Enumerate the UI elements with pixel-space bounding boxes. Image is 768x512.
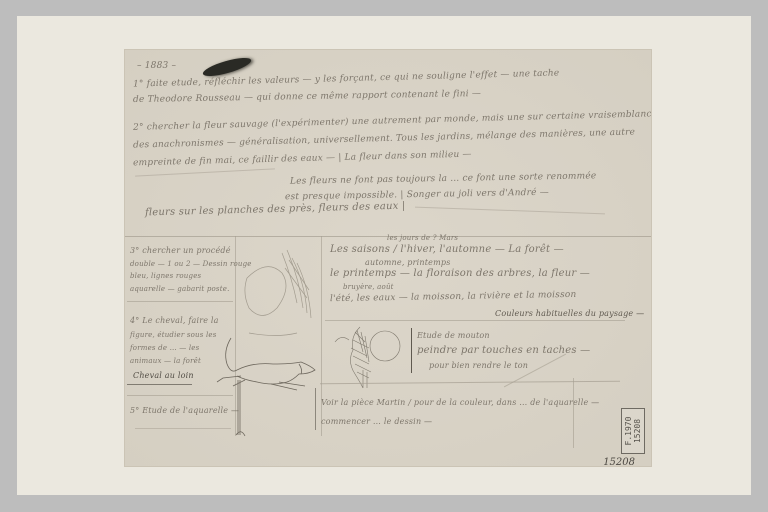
left-note-4: 4° Le cheval, faire la: [130, 316, 219, 325]
pencil-stroke: [315, 388, 316, 430]
seasons-line: automne, printemps: [365, 258, 451, 267]
cheval-caption: Cheval au loin: [133, 371, 194, 380]
seasons-line: Les saisons / l'hiver, l'automne — La fo…: [330, 244, 564, 255]
left-note-4: formes de … — les: [130, 344, 199, 352]
inventory-number: 15208: [603, 457, 635, 466]
stamp-line-1: F.1970: [624, 417, 633, 446]
date-mark: – 1883 –: [137, 61, 176, 71]
left-note-4: animaux — la forêt: [130, 357, 201, 365]
seasons-line: l'été, les eaux — la moisson, la rivière…: [330, 290, 577, 304]
bottom-note: Voir la pièce Martin / pour de la couleu…: [321, 398, 599, 407]
pencil-stroke: [411, 328, 412, 373]
stamp-line-2: 15208: [633, 417, 642, 446]
left-note-3: double — 1 ou 2 — Dessin rouge: [130, 260, 252, 268]
tree-sketch: [325, 322, 405, 392]
seasons-line: bruyère, août: [343, 283, 394, 291]
divider-line: [325, 320, 625, 321]
pencil-stroke: [135, 168, 275, 176]
note-line: empreinte de fin mai, ce faillir des eau…: [133, 150, 472, 169]
left-note-5: 5° Etude de l'aquarelle —: [130, 406, 239, 415]
colors-caption: Couleurs habituelles du paysage —: [495, 309, 644, 318]
left-note-3: bleu, lignes rouges: [130, 272, 201, 280]
pencil-stroke: [573, 378, 574, 448]
collection-stamp: F.197015208: [621, 408, 645, 454]
left-note-3: 3° chercher un procédé: [130, 246, 231, 255]
pencil-stroke: [415, 207, 605, 215]
divider-line: [135, 428, 231, 429]
sketch-note: pour bien rendre le ton: [429, 361, 528, 370]
tree-trunk-sketch: [233, 380, 253, 440]
left-note-4: figure, étudier sous les: [130, 331, 217, 339]
bottom-note: commencer … le dessin —: [321, 417, 432, 426]
left-note-3: aquarelle — gabarit poste.: [130, 285, 230, 293]
note-line: Les fleurs ne font pas toujours la … ce …: [290, 171, 597, 186]
divider-line: [127, 301, 233, 302]
note-line: fleurs sur les planches des près, fleurs…: [145, 201, 406, 219]
note-line: est presque impossible. | Songer au joli…: [285, 188, 549, 203]
note-line: de Theodore Rousseau — qui donne ce même…: [133, 89, 481, 105]
note-line: 1° faite etude, réfléchir les valeurs — …: [133, 68, 560, 89]
running-dog-sketch: [213, 336, 323, 396]
small-note: les jours de ? Mars: [387, 234, 458, 242]
manuscript-sheet: – 1883 – 1° faite etude, réfléchir les v…: [125, 50, 651, 466]
pencil-stroke: [127, 384, 192, 385]
sketch-note: Etude de mouton: [417, 331, 490, 340]
seasons-line: le printemps — la floraison des arbres, …: [330, 268, 590, 279]
